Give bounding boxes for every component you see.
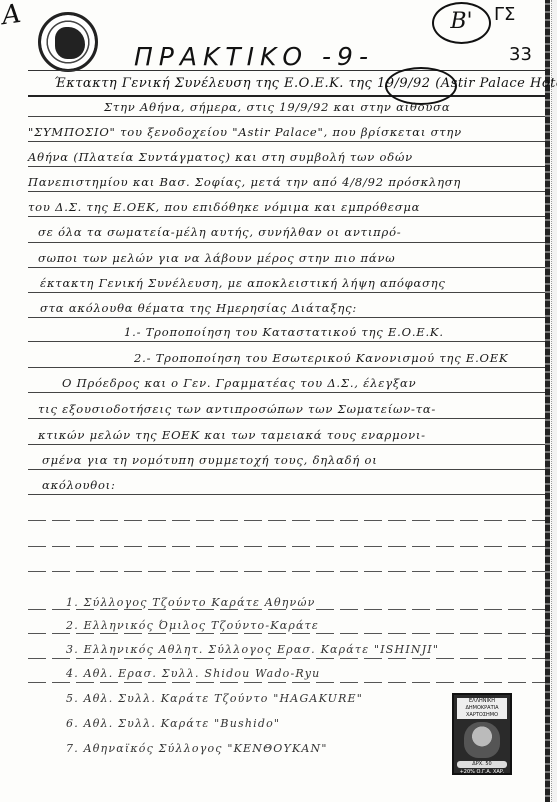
seal-emblem-icon <box>55 27 85 59</box>
stamp-portrait-icon <box>464 722 500 758</box>
body-line: 2.- Τροποποίηση του Εσωτερικού Κανονισμο… <box>134 351 508 365</box>
ruled-line <box>28 609 545 610</box>
stamp-header: ΕΛΛΗΝΙΚΗ ΔΗΜΟΚΡΑΤΙΑ <box>457 698 507 712</box>
circled-annotation: Β' <box>432 2 491 44</box>
ruled-line <box>28 141 545 142</box>
member-list-item: 4. Αθλ. Ερασ. Συλλ. Shidou Wado-Ryu <box>66 667 320 680</box>
body-line: Στην Αθήνα, σήμερα, στις 19/9/92 και στη… <box>104 100 450 114</box>
ruled-line <box>28 658 545 659</box>
body-line: σμένα για τη νομότυπη συμμετοχή τους, δη… <box>42 453 378 467</box>
ruled-line <box>28 520 545 521</box>
ruled-line <box>28 494 545 495</box>
body-line: Αθήνα (Πλατεία Συντάγματος) και στη συμβ… <box>28 150 413 164</box>
revenue-stamp: ΕΛΛΗΝΙΚΗ ΔΗΜΟΚΡΑΤΙΑ ΧΑΡΤΟΣΗΜΟ ΔΡΧ. 50 +2… <box>452 693 512 775</box>
body-line: έκτακτη Γενική Συνέλευση, με αποκλειστικ… <box>40 276 446 290</box>
member-list-item: 5. Αθλ. Συλλ. Καράτε Τζούντο "HAGAKURE" <box>66 692 363 705</box>
body-line: Πανεπιστημίου και Βασ. Σοφίας, μετά την … <box>28 175 461 189</box>
body-line: στα ακόλουθα θέματα της Ημερησίας Διάταξ… <box>40 301 357 315</box>
ruled-line <box>28 317 545 318</box>
ruled-line <box>28 116 545 117</box>
body-line: τις εξουσιοδοτήσεις των αντιπροσώπων των… <box>38 402 436 416</box>
annotation-code: ΓΣ <box>494 4 515 25</box>
body-line: κτικών μελών της ΕΟΕΚ και των ταμειακά τ… <box>38 428 426 442</box>
stamp-tax: +20% Ο.Γ.Α. ΧΑΡ. <box>457 769 507 776</box>
ruled-line <box>28 267 545 268</box>
body-line: Ο Πρόεδρος και ο Γεν. Γραμματέας του Δ.Σ… <box>62 376 416 390</box>
body-line: του Δ.Σ. της Ε.ΟΕΚ, που επιδόθηκε νόμιμα… <box>28 200 420 214</box>
ruled-line <box>28 292 545 293</box>
ruled-line <box>28 418 545 419</box>
ruled-line <box>28 682 545 683</box>
ruled-line <box>28 444 545 445</box>
organization-seal-icon <box>38 12 98 72</box>
document-heading: Έκτακτη Γενική Συνέλευση της Ε.Ο.Ε.Κ. τη… <box>54 76 544 91</box>
corner-mark: A <box>0 0 23 31</box>
member-list-item: 7. Αθηναϊκός Σύλλογος "ΚΕΝΘΟΥΚΑΝ" <box>66 742 328 755</box>
body-line: σε όλα τα σωματεία-μέλη αυτής, συνήλθαν … <box>38 225 402 239</box>
ruled-line <box>28 216 545 217</box>
page-edge <box>551 0 557 802</box>
ruled-line <box>28 633 545 634</box>
document-title: ΠΡΑΚΤΙΚΟ -9- <box>134 42 374 71</box>
stamp-value: ΔΡΧ. 50 <box>457 761 507 768</box>
ruled-line <box>28 341 545 342</box>
ruled-line <box>28 571 545 572</box>
binding-strip <box>545 0 550 802</box>
stamp-subheader: ΧΑΡΤΟΣΗΜΟ <box>457 712 507 719</box>
ruled-line <box>28 242 545 243</box>
ruled-line <box>28 367 545 368</box>
member-list-item: 3. Ελληνικός Αθλητ. Σύλλογος Ερασ. Καράτ… <box>66 643 439 656</box>
body-line: 1.- Τροποποίηση του Καταστατικού της Ε.Ο… <box>124 325 444 339</box>
member-list-item: 6. Αθλ. Συλλ. Καράτε "Bushido" <box>66 717 280 730</box>
member-list-item: 1. Σύλλογος Τζούντο Καράτε Αθηνών <box>66 596 316 609</box>
body-line: "ΣΥΜΠΟΣΙΟ" του ξενοδοχείου "Astir Palace… <box>28 125 462 139</box>
page-number: 33 <box>509 44 532 65</box>
body-line: ακόλουθοι: <box>42 478 116 492</box>
member-list-item: 2. Ελληνικός Όμιλος Τζούντο-Καράτε <box>66 619 319 632</box>
ruled-line <box>28 392 545 393</box>
ruled-line <box>28 166 545 167</box>
ruled-line <box>28 191 545 192</box>
ruled-line <box>28 546 545 547</box>
ruled-line <box>28 469 545 470</box>
body-line: σωποι των μελών για να λάβουν μέρος στην… <box>38 251 395 265</box>
scanned-document-page: A ΠΡΑΚΤΙΚΟ -9- Β' ΓΣ 33 Έκτακτη Γενική Σ… <box>0 0 557 802</box>
